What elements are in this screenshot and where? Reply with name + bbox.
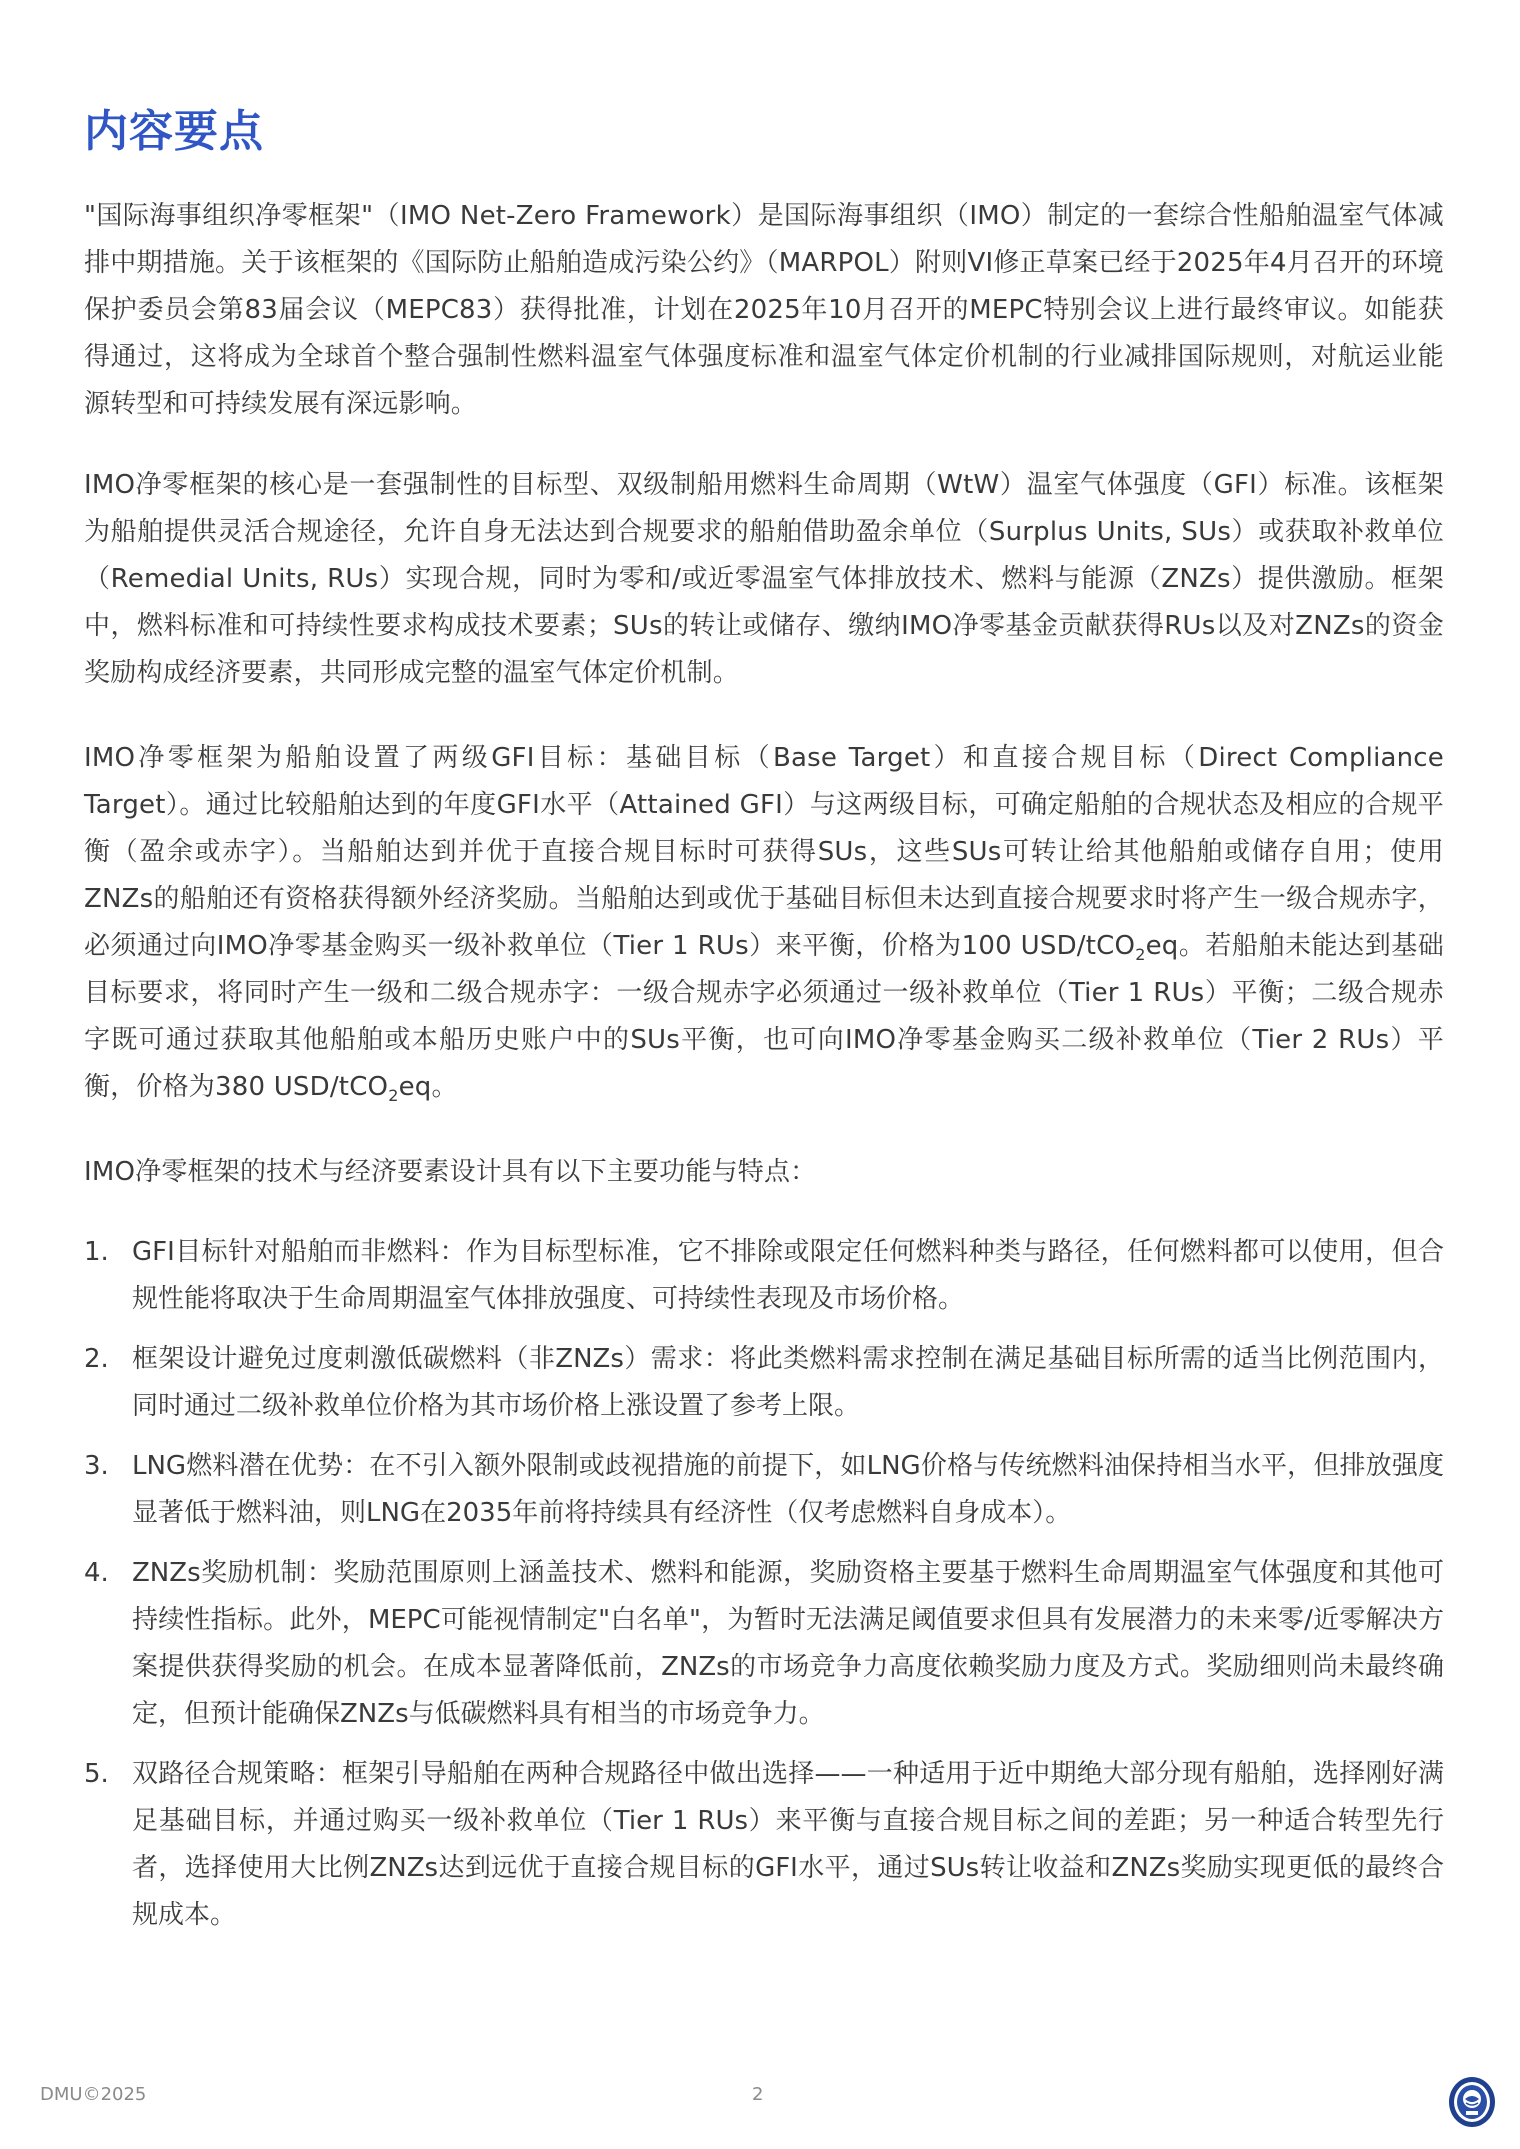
list-item-number: 3. bbox=[84, 1443, 124, 1490]
list-item-number: 5. bbox=[84, 1751, 124, 1798]
list-item: 1.GFI目标针对船舶而非燃料：作为目标型标准，它不排除或限定任何燃料种类与路径… bbox=[84, 1229, 1444, 1323]
list-item: 5.双路径合规策略：框架引导船舶在两种合规路径中做出选择——一种适用于近中期绝大… bbox=[84, 1751, 1444, 1939]
list-item: 4.ZNZs奖励机制：奖励范围原则上涵盖技术、燃料和能源，奖励资格主要基于燃料生… bbox=[84, 1550, 1444, 1738]
list-item-text: LNG燃料潜在优势：在不引入额外限制或歧视措施的前提下，如LNG价格与传统燃料油… bbox=[132, 1451, 1444, 1528]
list-item-number: 1. bbox=[84, 1229, 124, 1276]
list-item-text: 双路径合规策略：框架引导船舶在两种合规路径中做出选择——一种适用于近中期绝大部分… bbox=[132, 1759, 1444, 1930]
list-item: 3.LNG燃料潜在优势：在不引入额外限制或歧视措施的前提下，如LNG价格与传统燃… bbox=[84, 1443, 1444, 1537]
list-item: 2.框架设计避免过度刺激低碳燃料（非ZNZs）需求：将此类燃料需求控制在满足基础… bbox=[84, 1336, 1444, 1430]
list-item-text: GFI目标针对船舶而非燃料：作为目标型标准，它不排除或限定任何燃料种类与路径，任… bbox=[132, 1237, 1444, 1314]
list-item-number: 2. bbox=[84, 1336, 124, 1383]
page-title: 内容要点 bbox=[84, 104, 264, 160]
list-item-number: 4. bbox=[84, 1550, 124, 1597]
list-item-text: 框架设计避免过度刺激低碳燃料（非ZNZs）需求：将此类燃料需求控制在满足基础目标… bbox=[132, 1344, 1444, 1421]
footer-copyright: DMU©2025 bbox=[40, 2084, 146, 2105]
paragraph-overview: "国际海事组织净零框架"（IMO Net-Zero Framework）是国际海… bbox=[84, 193, 1444, 428]
paragraph-gfi-targets: IMO净零框架为船舶设置了两级GFI目标：基础目标（Base Target）和直… bbox=[84, 735, 1444, 1111]
university-seal-icon bbox=[1447, 2075, 1497, 2129]
list-intro: IMO净零框架的技术与经济要素设计具有以下主要功能与特点： bbox=[84, 1149, 1444, 1196]
paragraph-core-mechanism: IMO净零框架的核心是一套强制性的目标型、双级制船用燃料生命周期（WtW）温室气… bbox=[84, 462, 1444, 697]
list-item-text: ZNZs奖励机制：奖励范围原则上涵盖技术、燃料和能源，奖励资格主要基于燃料生命周… bbox=[132, 1558, 1444, 1729]
document-page: 内容要点 "国际海事组织净零框架"（IMO Net-Zero Framework… bbox=[0, 0, 1520, 2149]
page-number: 2 bbox=[752, 2084, 763, 2105]
features-list: 1.GFI目标针对船舶而非燃料：作为目标型标准，它不排除或限定任何燃料种类与路径… bbox=[84, 1229, 1444, 1952]
